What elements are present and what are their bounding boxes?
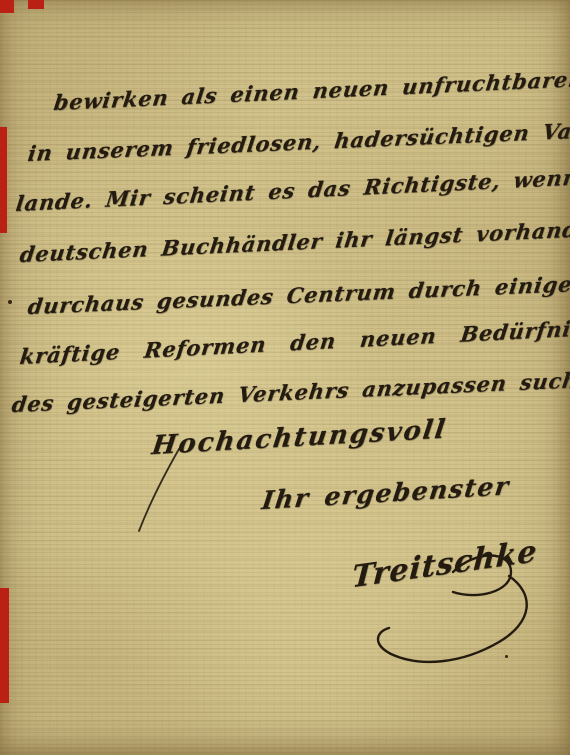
red-edge-mark-top-left [0,0,14,13]
body-line-5: durchaus gesundes Centrum durch einige [26,271,570,319]
red-edge-mark-top [28,0,44,9]
closing-line: Hochachtungsvoll [150,414,449,461]
letter-page: bewirken als einen neuen unfruchtbaren Z… [0,0,570,755]
signature-name: Treitschke [351,534,539,596]
red-edge-mark-left-lower [0,588,9,703]
body-line-2: in unserem friedlosen, hadersüchtigen Va… [26,116,570,166]
body-line-1: bewirken als einen neuen unfruchtbaren Z… [52,62,570,115]
body-line-6: kräftige Reformen den neuen Bedürfnissen [18,313,570,369]
valediction-line: Ihr ergebenster [260,471,511,515]
body-line-4: deutschen Buchhändler ihr längst vorhand… [18,214,570,267]
body-line-3: lande. Mir scheint es das Richtigste, we… [14,162,570,216]
ink-speck [8,300,12,304]
red-edge-mark-left-upper [0,127,7,233]
ink-speck [505,655,508,658]
body-line-7: des gesteigerten Verkehrs anzupassen suc… [10,366,570,418]
